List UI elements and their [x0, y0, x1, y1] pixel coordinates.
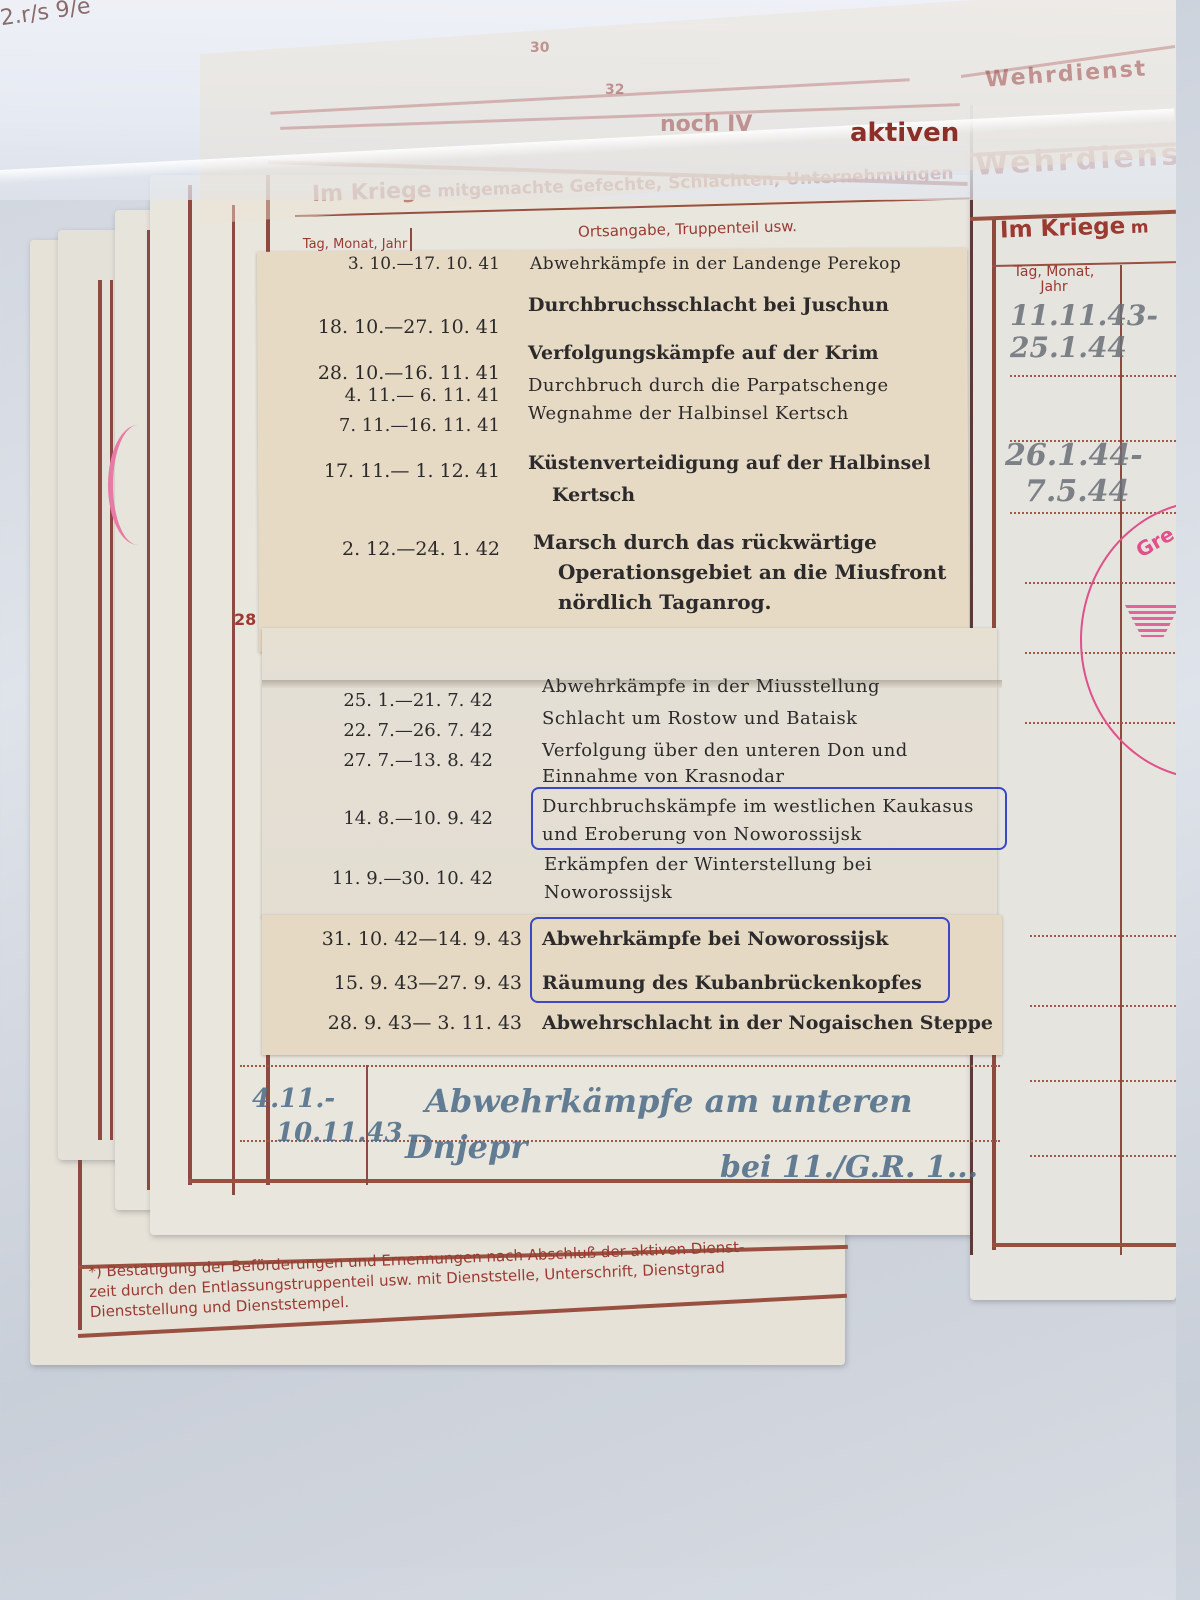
handwritten-date-end: 25.1.44	[1010, 332, 1158, 364]
sleeve-scribble: 2.r/s 9/e	[0, 0, 92, 31]
row-rule	[1010, 375, 1176, 377]
top-heading-fragment: aktiven	[850, 118, 959, 148]
entry-date: 14. 8.—10. 9. 42	[285, 808, 493, 829]
row-rule	[1030, 1005, 1176, 1007]
entry-date: 25. 1.—21. 7. 42	[285, 690, 493, 711]
entry-date: 17. 11.— 1. 12. 41	[300, 460, 500, 482]
entry-text-continued: Einnahme von Krasnodar	[542, 766, 784, 787]
entry-text: Verfolgung über den unteren Don und	[542, 740, 908, 761]
handwritten-date-end: 7.5.44	[1005, 474, 1143, 510]
entry-date: 27. 7.—13. 8. 42	[285, 750, 493, 771]
entry-text: Abwehrkämpfe in der Landenge Perekop	[530, 254, 901, 274]
page-rule	[98, 280, 102, 1140]
row-rule	[1030, 1155, 1176, 1157]
entry-date: 15. 9. 43—27. 9. 43	[282, 972, 522, 994]
handwritten-date-start: 26.1.44-	[1005, 438, 1143, 474]
page-rule-inner	[232, 205, 235, 1195]
column-header-date: Tag, Monat, Jahr	[300, 238, 410, 252]
right-column-header-date: Tag, Monat, Jahr	[998, 265, 1110, 295]
entry-text: Abwehrkämpfe in der Miusstellung	[542, 676, 880, 697]
entry-date: 31. 10. 42—14. 9. 43	[282, 928, 522, 950]
right-handwritten-date-2: 26.1.44- 7.5.44	[1005, 438, 1143, 510]
entry-text: Erkämpfen der Winterstellung bei	[544, 854, 872, 875]
sleeve-page-number-32: 32	[605, 82, 624, 98]
entry-text: Marsch durch das rückwärtige	[533, 530, 877, 554]
page-border-left	[188, 185, 192, 1185]
entry-text: Schlacht um Rostow und Bataisk	[542, 708, 858, 729]
handwritten-text-line-1: Abwehrkämpfe am unteren	[425, 1078, 913, 1124]
row-rule	[1030, 935, 1176, 937]
right-form-heading-bold: Im Kriege	[1000, 213, 1126, 243]
highlight-box-noworossijsk-kuban	[530, 917, 950, 1003]
margin-page-number-28: 28	[234, 610, 256, 629]
entry-date: 22. 7.—26. 7. 42	[285, 720, 493, 741]
entry-text: Durchbruchsschlacht bei Juschun	[528, 294, 889, 316]
table-bottom-rule	[992, 1243, 1176, 1247]
right-form-heading: Im Kriege m	[1000, 212, 1149, 243]
entry-date: 4. 11.— 6. 11. 41	[300, 385, 500, 406]
highlight-box-kaukasus	[531, 787, 1007, 850]
entry-date: 2. 12.—24. 1. 42	[300, 538, 500, 560]
row-rule	[240, 1065, 1000, 1067]
handwritten-date: 4.11.- 10.11.43	[252, 1082, 403, 1150]
pink-stamp-edge	[108, 425, 168, 545]
entry-text: Abwehrschlacht in der Nogaischen Steppe	[542, 1012, 993, 1034]
handwritten-date-end: 10.11.43	[252, 1116, 403, 1150]
entry-text: Verfolgungskämpfe auf der Krim	[528, 342, 879, 364]
entry-text: Wegnahme der Halbinsel Kertsch	[528, 403, 849, 424]
right-form-heading-rest: m	[1131, 217, 1149, 238]
plastic-sleeve: 30 32 noch IV Wehrdienst 2.r/s 9/e	[0, 0, 1176, 200]
page-rule	[110, 280, 113, 1140]
entry-text: Küstenverteidigung auf der Halbinsel	[528, 452, 931, 474]
column-divider	[1120, 265, 1122, 1255]
entry-date: 28. 9. 43— 3. 11. 43	[282, 1012, 522, 1034]
entry-date: 18. 10.—27. 10. 41	[300, 316, 500, 338]
entry-date: 7. 11.—16. 11. 41	[300, 415, 500, 436]
entry-text-continued: Kertsch	[552, 484, 635, 506]
right-handwritten-date-1: 11.11.43- 25.1.44	[1010, 300, 1158, 364]
row-rule	[1030, 1080, 1176, 1082]
sleeve-page-number-30: 30	[530, 40, 549, 56]
entry-text: Durchbruch durch die Parpatschenge	[528, 375, 889, 396]
entry-text-continued: Noworossijsk	[544, 882, 672, 903]
entry-text-continued: Operationsgebiet an die Miusfront	[558, 560, 946, 584]
handwritten-unit: bei 11./G.R. 1...	[720, 1150, 978, 1185]
entry-date: 3. 10.—17. 10. 41	[300, 254, 500, 274]
entry-date: 28. 10.—16. 11. 41	[300, 362, 500, 384]
entry-date: 11. 9.—30. 10. 42	[285, 868, 493, 889]
handwritten-date-start: 4.11.-	[252, 1082, 403, 1116]
entry-text-continued: nördlich Taganrog.	[558, 590, 772, 614]
handwritten-date-start: 11.11.43-	[1010, 300, 1158, 332]
